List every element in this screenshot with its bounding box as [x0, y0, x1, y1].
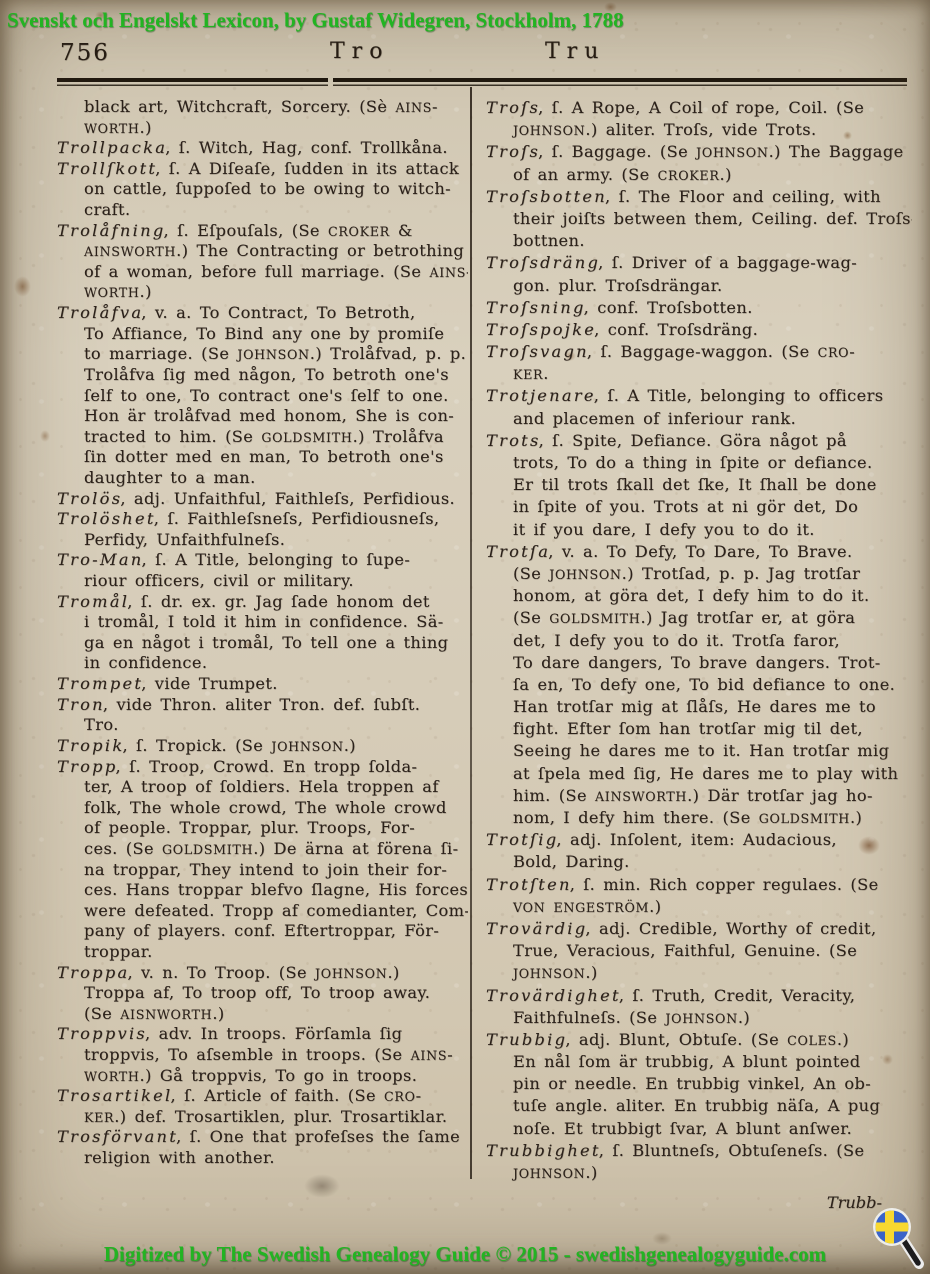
dictionary-entry-line: Trotſten, ſ. min. Rich copper regulaes. … — [486, 874, 912, 896]
dictionary-entry-line: Troſs, ſ. Baggage. (Se JOHNSON.) The Bag… — [486, 141, 912, 163]
dictionary-continuation-line: fight. Efter ſom han trotſar mig til det… — [486, 718, 912, 740]
headword: Trovärdig — [486, 919, 587, 938]
reference-small-caps: JOHNSON — [237, 347, 309, 362]
dictionary-continuation-line: pany of players. conf. Eftertroppar, För… — [57, 921, 468, 942]
reference-small-caps: AINSWORTH — [595, 789, 687, 804]
dictionary-entry-line: Tropik, ſ. Tropick. (Se JOHNSON.) — [57, 736, 468, 757]
dictionary-entry-line: Tro-Man, ſ. A Title, belonging to ſupe- — [57, 550, 468, 571]
reference-small-caps: JOHNSON — [513, 123, 585, 138]
headword: Tropik — [57, 736, 124, 755]
dictionary-continuation-line: on cattle, ſuppoſed to be owing to witch… — [57, 179, 468, 200]
headword: Trollpacka — [57, 138, 167, 157]
dictionary-continuation-line: JOHNSON.) — [486, 962, 912, 984]
dictionary-continuation-line: were defeated. Tropp af comedianter, Com… — [57, 901, 468, 922]
dictionary-continuation-line: Er til trots ſkall det ſke, It ſhall be … — [486, 474, 912, 496]
headword: Tro-Man — [57, 550, 144, 569]
headword: Trosförvant — [57, 1127, 178, 1146]
dictionary-continuation-line: daughter to a man. — [57, 468, 468, 489]
dictionary-continuation-line: folk, The whole crowd, The whole crowd — [57, 798, 468, 819]
running-title-right: Tru — [545, 39, 605, 64]
reference-small-caps: WORTH — [84, 285, 140, 300]
dictionary-continuation-line: WORTH.) Gå troppvis, To go in troops. — [57, 1066, 468, 1087]
dictionary-entry-line: Trots, ſ. Spite, Defiance. Göra något på — [486, 430, 912, 452]
header-rule-left-segment — [57, 78, 328, 87]
dictionary-entry-line: Trolöshet, ſ. Faithleſsneſs, Perfidiousn… — [57, 509, 468, 530]
dictionary-continuation-line: JOHNSON.) aliter. Troſs, vide Trots. — [486, 119, 912, 141]
dictionary-continuation-line: JOHNSON.) — [486, 1162, 912, 1184]
column-divider-rule — [470, 87, 472, 1179]
dictionary-continuation-line: riour officers, civil or military. — [57, 571, 468, 592]
dictionary-continuation-line: i tromål, I told it him in confidence. S… — [57, 612, 468, 633]
dictionary-entry-line: Troſsvagn, ſ. Baggage-waggon. (Se CRO- — [486, 341, 912, 363]
dictionary-continuation-line: KER. — [486, 363, 912, 385]
dictionary-continuation-line: of a woman, before full marriage. (Se AI… — [57, 262, 468, 283]
dictionary-continuation-line: and placemen of inferiour rank. — [486, 408, 912, 430]
dictionary-continuation-line: to marriage. (Se JOHNSON.) Trolåfvad, p.… — [57, 344, 468, 365]
dictionary-continuation-line: bottnen. — [486, 230, 912, 252]
paper-stain — [304, 1174, 340, 1198]
headword: Trosartikel — [57, 1086, 173, 1105]
reference-small-caps: GOLDSMITH — [759, 811, 850, 826]
headword: Trubbig — [486, 1030, 567, 1049]
digitization-bottom-caption: Digitized by The Swedish Genealogy Guide… — [0, 1242, 930, 1267]
reference-small-caps: JOHNSON — [696, 145, 768, 160]
catchword: Trubb- — [486, 1192, 912, 1214]
dictionary-entry-line: Trolös, adj. Unfaithful, Faithleſs, Perf… — [57, 489, 468, 510]
dictionary-continuation-line: KER.) def. Trosartiklen, plur. Trosartik… — [57, 1107, 468, 1128]
headword: Troſspojke — [486, 320, 596, 339]
dictionary-entry-line: Troppa, v. n. To Troop. (Se JOHNSON.) — [57, 963, 468, 984]
dictionary-entry-line: Trubbighet, ſ. Bluntneſs, Obtuſeneſs. (S… — [486, 1140, 912, 1162]
dictionary-continuation-line: Seeing he dares me to it. Han trotſar mi… — [486, 740, 912, 762]
dictionary-column-right: Troſs, ſ. A Rope, A Coil of rope, Coil. … — [486, 97, 912, 1214]
dictionary-continuation-line: gon. plur. Troſsdrängar. — [486, 275, 912, 297]
dictionary-entry-line: Trosartikel, ſ. Article of faith. (Se CR… — [57, 1086, 468, 1107]
dictionary-entry-line: Trosförvant, ſ. One that profeſses the ſ… — [57, 1127, 468, 1148]
dictionary-continuation-line: troppvis, To aſsemble in troops. (Se AIN… — [57, 1045, 468, 1066]
dictionary-continuation-line: (Se GOLDSMITH.) Jag trotſar er, at göra — [486, 607, 912, 629]
reference-small-caps: CRO — [818, 345, 850, 360]
dictionary-continuation-line: ſin dotter med en man, To betroth one's — [57, 447, 468, 468]
dictionary-continuation-line: Tro. — [57, 715, 468, 736]
dictionary-continuation-line: at ſpela med ſig, He dares me to play wi… — [486, 763, 912, 785]
dictionary-continuation-line: noſe. Et trubbigt ſvar, A blunt anſwer. — [486, 1118, 912, 1140]
dictionary-continuation-line: AINSWORTH.) The Contracting or betrothin… — [57, 241, 468, 262]
dictionary-column-left: black art, Witchcraft, Sorcery. (Sè AINS… — [57, 97, 468, 1169]
headword: Tron — [57, 695, 105, 714]
reference-small-caps: AINS — [411, 1048, 448, 1063]
dictionary-entry-line: Troſsbotten, ſ. The Floor and ceiling, w… — [486, 186, 912, 208]
page-number: 756 — [60, 40, 110, 66]
dictionary-continuation-line: ſa en, To defy one, To bid defiance to o… — [486, 674, 912, 696]
headword: Troſsbotten — [486, 187, 607, 206]
dictionary-entry-line: Trotſa, v. a. To Defy, To Dare, To Brave… — [486, 541, 912, 563]
dictionary-entry-line: Troppvis, adv. In troops. Förſamla ſig — [57, 1024, 468, 1045]
dictionary-entry-line: Trotſig, adj. Inſolent, item: Audacious, — [486, 829, 912, 851]
dictionary-continuation-line: Perfidy, Unfaithfulneſs. — [57, 530, 468, 551]
dictionary-continuation-line: their joiſts between them, Ceiling. def.… — [486, 208, 912, 230]
headword: Trots — [486, 431, 541, 450]
headword: Trotjenare — [486, 386, 596, 405]
reference-small-caps: JOHNSON — [315, 966, 387, 981]
dictionary-continuation-line: tuſe angle. aliter. En trubbig näſa, A p… — [486, 1095, 912, 1117]
headword: Troſsvagn — [486, 342, 589, 361]
headword: Trolåfva — [57, 303, 143, 322]
reference-small-caps: GOLDSMITH — [162, 842, 253, 857]
reference-small-caps: AINSWORTH — [84, 244, 176, 259]
dictionary-entry-line: Trotjenare, ſ. A Title, belonging to off… — [486, 385, 912, 407]
paper-stain — [14, 276, 31, 297]
dictionary-continuation-line: craft. — [57, 200, 468, 221]
reference-small-caps: WORTH — [84, 121, 140, 136]
dictionary-entry-line: Trovärdig, adj. Credible, Worthy of cred… — [486, 918, 912, 940]
headword: Trubbighet — [486, 1141, 601, 1160]
dictionary-continuation-line: him. (Se AINSWORTH.) Där trotſar jag ho- — [486, 785, 912, 807]
dictionary-continuation-line: ga en något i tromål, To tell one a thin… — [57, 633, 468, 654]
dictionary-continuation-line: Hon är trolåfvad med honom, She is con- — [57, 406, 468, 427]
headword: Tromål — [57, 592, 129, 611]
headword: Troſs — [486, 98, 540, 117]
dictionary-continuation-line: (Se AISNWORTH.) — [57, 1004, 468, 1025]
reference-small-caps: VON — [513, 900, 545, 915]
dictionary-continuation-line: WORTH.) — [57, 282, 468, 303]
reference-small-caps: JOHNSON — [665, 1011, 737, 1026]
dictionary-entry-line: Trolåfning, ſ. Eſpouſals, (Se CROKER & — [57, 221, 468, 242]
dictionary-continuation-line: nom, I defy him there. (Se GOLDSMITH.) — [486, 807, 912, 829]
dictionary-continuation-line: in ſpite of you. Trots at ni gör det, Do — [486, 496, 912, 518]
dictionary-continuation-line: tracted to him. (Se GOLDSMITH.) Trolåfva — [57, 427, 468, 448]
reference-small-caps: CROKER — [328, 224, 390, 239]
dictionary-continuation-line: of an army. (Se CROKER.) — [486, 164, 912, 186]
reference-small-caps: KER — [513, 367, 543, 382]
digitization-top-caption: Svenskt och Engelskt Lexicon, by Gustaf … — [7, 8, 624, 33]
dictionary-continuation-line: ter, A troop of ſoldiers. Hela troppen a… — [57, 777, 468, 798]
reference-small-caps: AINS — [395, 100, 432, 115]
dictionary-continuation-line: Han trotſar mig at ſlåſs, He dares me to — [486, 696, 912, 718]
headword: Trolös — [57, 489, 122, 508]
reference-small-caps: COLES — [787, 1033, 837, 1048]
dictionary-entry-line: Trovärdighet, ſ. Truth, Credit, Veracity… — [486, 985, 912, 1007]
dictionary-continuation-line: Bold, Daring. — [486, 851, 912, 873]
dictionary-entry-line: Troſs, ſ. A Rope, A Coil of rope, Coil. … — [486, 97, 912, 119]
dictionary-entry-line: Trompet, vide Trumpet. — [57, 674, 468, 695]
headword: Troppa — [57, 963, 129, 982]
headword: Trotſten — [486, 875, 572, 894]
dictionary-continuation-line: honom, at göra det, I defy him to do it. — [486, 585, 912, 607]
reference-small-caps: AINS — [429, 265, 466, 280]
dictionary-continuation-line: Troppa af, To troop off, To troop away. — [57, 983, 468, 1004]
headword: Trompet — [57, 674, 143, 693]
dictionary-continuation-line: Trolåfva ſig med någon, To betroth one's — [57, 365, 468, 386]
reference-small-caps: JOHNSON — [513, 966, 585, 981]
headword: Trolåfning — [57, 221, 166, 240]
headword: Trovärdighet — [486, 986, 621, 1005]
dictionary-entry-line: Trollpacka, ſ. Witch, Hag, conf. Trollkå… — [57, 138, 468, 159]
headword: Troſsning — [486, 298, 586, 317]
dictionary-continuation-line: En nål ſom är trubbig, A blunt pointed — [486, 1051, 912, 1073]
dictionary-entry-line: Tromål, ſ. dr. ex. gr. Jag ſade honom de… — [57, 592, 468, 613]
dictionary-entry-line: Tropp, ſ. Troop, Crowd. En tropp ſolda- — [57, 757, 468, 778]
reference-small-caps: ENGESTRÖM — [553, 900, 649, 915]
dictionary-entry-line: Trubbig, adj. Blunt, Obtuſe. (Se COLES.) — [486, 1029, 912, 1051]
dictionary-continuation-line: in confidence. — [57, 653, 468, 674]
dictionary-entry-line: Trollſkott, ſ. A Diſeaſe, ſudden in its … — [57, 159, 468, 180]
dictionary-continuation-line: To dare dangers, To brave dangers. Trot- — [486, 652, 912, 674]
headword: Troſs — [486, 142, 540, 161]
dictionary-continuation-line: VON ENGESTRÖM.) — [486, 896, 912, 918]
dictionary-entry-line: Troſsning, conf. Troſsbotten. — [486, 297, 912, 319]
reference-small-caps: GOLDSMITH — [549, 611, 640, 626]
dictionary-continuation-line: ſelf to one, To contract one's ſelf to o… — [57, 386, 468, 407]
dictionary-entry-line: Trolåfva, v. a. To Contract, To Betroth, — [57, 303, 468, 324]
dictionary-continuation-line: True, Veracious, Faithful, Genuine. (Se — [486, 940, 912, 962]
dictionary-continuation-line: WORTH.) — [57, 118, 468, 139]
reference-small-caps: JOHNSON — [513, 1166, 585, 1181]
dictionary-continuation-line: Faithfulneſs. (Se JOHNSON.) — [486, 1007, 912, 1029]
dictionary-continuation-line: trots, To do a thing in ſpite or defianc… — [486, 452, 912, 474]
dictionary-continuation-line: ces. Hans troppar blefvo ſlagne, His for… — [57, 880, 468, 901]
dictionary-continuation-line: black art, Witchcraft, Sorcery. (Sè AINS… — [57, 97, 468, 118]
running-title-left: Tro — [330, 39, 389, 64]
dictionary-continuation-line: it if you dare, I defy you to do it. — [486, 519, 912, 541]
swedish-flag-magnifier-icon — [868, 1205, 926, 1269]
headword: Tropp — [57, 757, 118, 776]
reference-small-caps: WORTH — [84, 1069, 140, 1084]
dictionary-continuation-line: of people. Troppar, plur. Troops, For- — [57, 818, 468, 839]
dictionary-continuation-line: pin or needle. En trubbig vinkel, An ob- — [486, 1073, 912, 1095]
headword: Trotſig — [486, 830, 558, 849]
dictionary-continuation-line: na troppar, They intend to join their fo… — [57, 860, 468, 881]
dictionary-entry-line: Tron, vide Thron. aliter Tron. def. ſubſ… — [57, 695, 468, 716]
headword: Trollſkott — [57, 159, 157, 178]
headword: Troppvis — [57, 1024, 147, 1043]
dictionary-continuation-line: ces. (Se GOLDSMITH.) De ärna at förena ſ… — [57, 839, 468, 860]
reference-small-caps: GOLDSMITH — [261, 430, 352, 445]
reference-small-caps: JOHNSON — [271, 739, 343, 754]
reference-small-caps: CROKER — [658, 168, 720, 183]
headword: Trolöshet — [57, 509, 156, 528]
paper-stain — [40, 430, 50, 442]
reference-small-caps: JOHNSON — [549, 567, 621, 582]
dictionary-continuation-line: religion with another. — [57, 1148, 468, 1169]
reference-small-caps: CRO — [384, 1089, 416, 1104]
dictionary-entry-line: Troſspojke, conf. Troſsdräng. — [486, 319, 912, 341]
reference-small-caps: KER — [84, 1110, 114, 1125]
header-rule-right-segment — [333, 78, 907, 87]
dictionary-continuation-line: troppar. — [57, 942, 468, 963]
dictionary-entry-line: Troſsdräng, ſ. Driver of a baggage-wag- — [486, 252, 912, 274]
headword: Trotſa — [486, 542, 550, 561]
dictionary-continuation-line: (Se JOHNSON.) Trotſad, p. p. Jag trotſar — [486, 563, 912, 585]
scanned-dictionary-page: Svenskt och Engelskt Lexicon, by Gustaf … — [0, 0, 930, 1274]
dictionary-continuation-line: To Affiance, To Bind any one by promiſe — [57, 324, 468, 345]
reference-small-caps: AISNWORTH — [120, 1007, 212, 1022]
headword: Troſsdräng — [486, 253, 600, 272]
dictionary-continuation-line: det, I defy you to do it. Trotſa faror, — [486, 630, 912, 652]
